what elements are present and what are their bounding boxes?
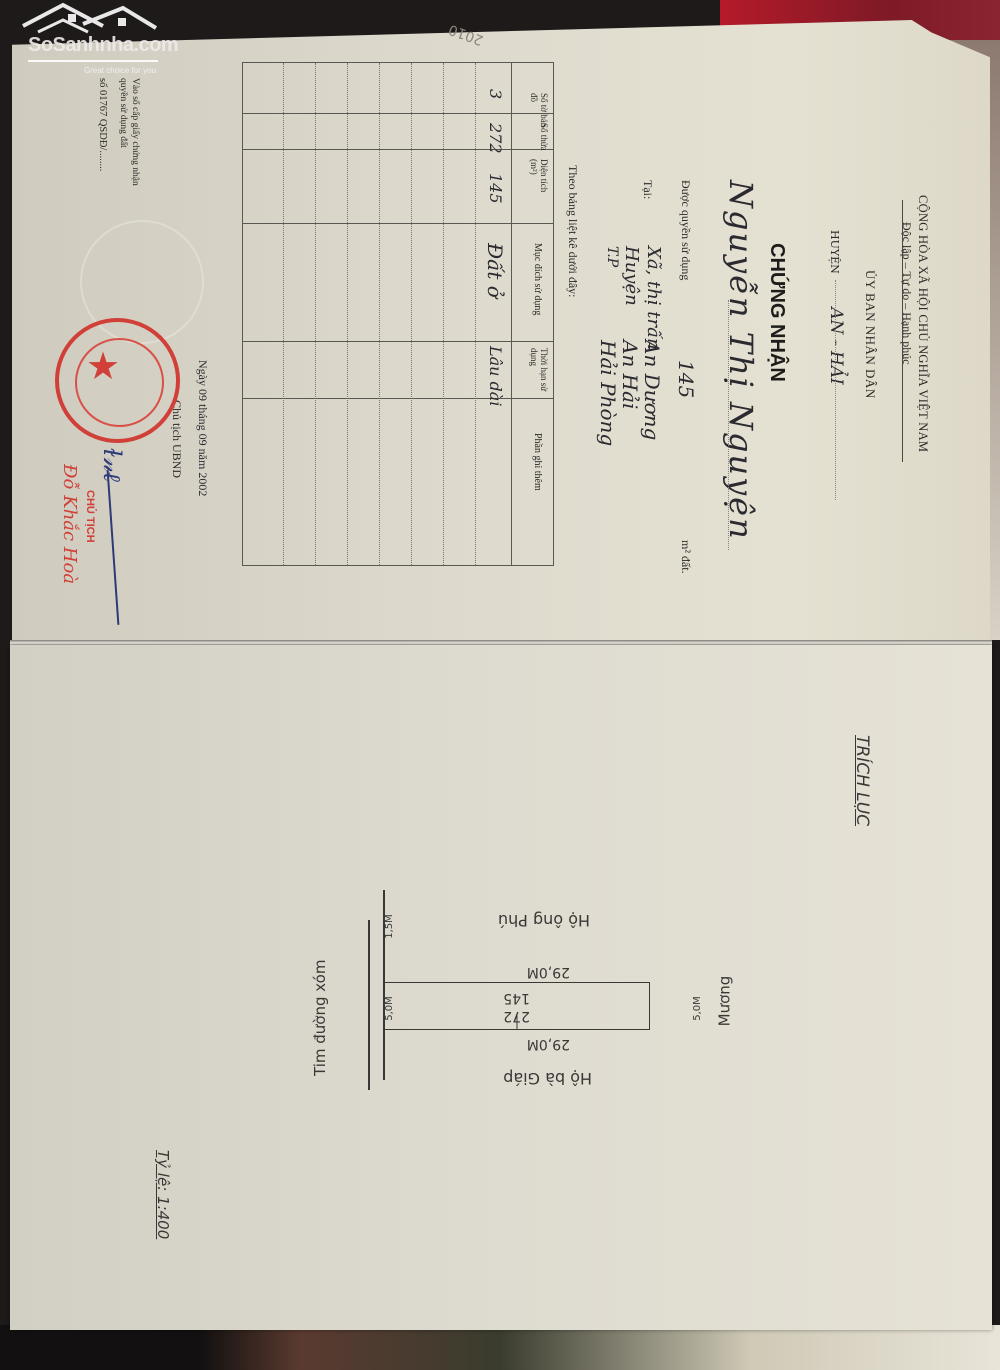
- commune-value: An Dương: [640, 340, 664, 440]
- column-header-area: Diện tích (m²): [529, 159, 549, 209]
- issue-date: Ngày 09 tháng 09 năm 2002: [195, 360, 210, 496]
- watermark-underline: [28, 60, 158, 62]
- list-note: Theo bảng liệt kê dưới đây:: [565, 165, 580, 297]
- column-header-notes: Phần ghi thêm: [532, 433, 543, 491]
- east-boundary: Mương: [716, 976, 734, 1027]
- district-value: AN - HẢI: [826, 307, 846, 385]
- table-divider: [243, 341, 553, 342]
- background-table-surface: [0, 1325, 1000, 1370]
- row-line: [315, 63, 316, 565]
- signer-name: Đỗ Khắc Hoà: [59, 464, 80, 584]
- cell-parcel-no: 272: [486, 123, 505, 154]
- parcel-area: 145: [503, 990, 530, 1006]
- map-scale: Tỷ lệ: 1:400: [154, 1150, 172, 1239]
- stamp-title: CHỦ TỊCH: [84, 490, 96, 543]
- parcel-sketch: 272 145 29,0M 29,0M Hộ bà Giáp Hộ ông Ph…: [320, 860, 720, 1110]
- left-width: 5,0M: [384, 996, 395, 1021]
- table-divider: [243, 398, 553, 399]
- row-line: [443, 63, 444, 565]
- registry-line-1: Vào sổ cấp giấy chứng nhận: [130, 78, 140, 186]
- cell-area: 145: [486, 173, 505, 204]
- registry-line-3: số 01767 QSDĐ/........: [97, 78, 108, 171]
- right-width: 5,0M: [692, 996, 703, 1021]
- watermark-brand: SoSanhnha.com: [28, 34, 178, 57]
- bottom-length: 29,0M: [527, 964, 570, 980]
- setback-distance: 1,5M: [384, 914, 395, 939]
- committee-heading: ỦY BAN NHÂN DÂN: [862, 270, 878, 399]
- parcel-divider: [517, 1016, 518, 1030]
- extract-heading: TRÍCH LỤC: [852, 735, 872, 826]
- registry-line-2: quyền sử dụng đất: [118, 78, 128, 148]
- district-field: HUYỆN AN - HẢI: [826, 230, 846, 390]
- owner-dotline: [728, 300, 729, 550]
- column-header-duration: Thời hạn sử dụng: [529, 348, 549, 396]
- table-divider: [243, 149, 553, 150]
- table-divider: [243, 113, 553, 114]
- row-line: [347, 63, 348, 565]
- district-label-2: Huyện: [621, 246, 642, 306]
- cell-map-sheet: 3: [486, 89, 505, 99]
- official-red-stamp: ★: [55, 318, 180, 443]
- house-roof-icon: [18, 2, 158, 38]
- republic-heading: CỘNG HÒA XÃ HỘI CHỦ NGHĨA VIỆT NAM: [915, 195, 930, 452]
- district-dotline: [835, 280, 836, 500]
- motto-underline: [902, 200, 903, 462]
- province-label: T.P: [604, 246, 620, 267]
- grant-unit: m² đất.: [678, 540, 693, 574]
- header-row-border: [511, 63, 512, 565]
- top-length: 29,0M: [527, 1036, 570, 1052]
- row-line: [379, 63, 380, 565]
- district-label: HUYỆN: [828, 230, 841, 274]
- road-center-line: [369, 920, 371, 1090]
- watermark-tagline: Great choice for you: [84, 66, 156, 75]
- at-label: Tại:: [640, 180, 655, 199]
- signature: ɫ𝓃ℓ: [97, 448, 126, 482]
- certificate-title: CHỨNG NHẬN: [765, 243, 788, 382]
- grant-label: Được quyền sử dụng: [678, 180, 693, 280]
- table-divider: [243, 223, 553, 224]
- row-line: [411, 63, 412, 565]
- commune-label: Xã, thị trấn: [643, 246, 664, 350]
- cell-purpose: Đất ở: [483, 243, 507, 298]
- land-parcel-table: Số tờ bản đồ Số thửa Diện tích (m²) Mục …: [242, 62, 554, 566]
- star-emblem-icon: ★: [86, 344, 120, 389]
- row-line: [475, 63, 476, 565]
- south-neighbor: Hộ bà Giáp: [503, 1069, 592, 1088]
- column-header-parcel-no: Số thửa: [539, 123, 549, 153]
- grant-area: 145: [674, 360, 698, 398]
- watermark-logo: SoSanhnha.com Great choice for you: [8, 2, 163, 74]
- province-value: Hải Phòng: [596, 340, 620, 446]
- column-header-purpose: Mục đích sử dụng: [532, 243, 543, 315]
- commune-value-a: Xã, thị trấn: [643, 246, 664, 350]
- district-value-2: An Hải: [618, 340, 642, 409]
- north-neighbor: Hộ ông Phú: [498, 911, 590, 930]
- west-boundary: Tim đường xóm: [311, 926, 329, 1076]
- cell-duration: Lâu dài: [486, 346, 505, 406]
- row-line: [283, 63, 284, 565]
